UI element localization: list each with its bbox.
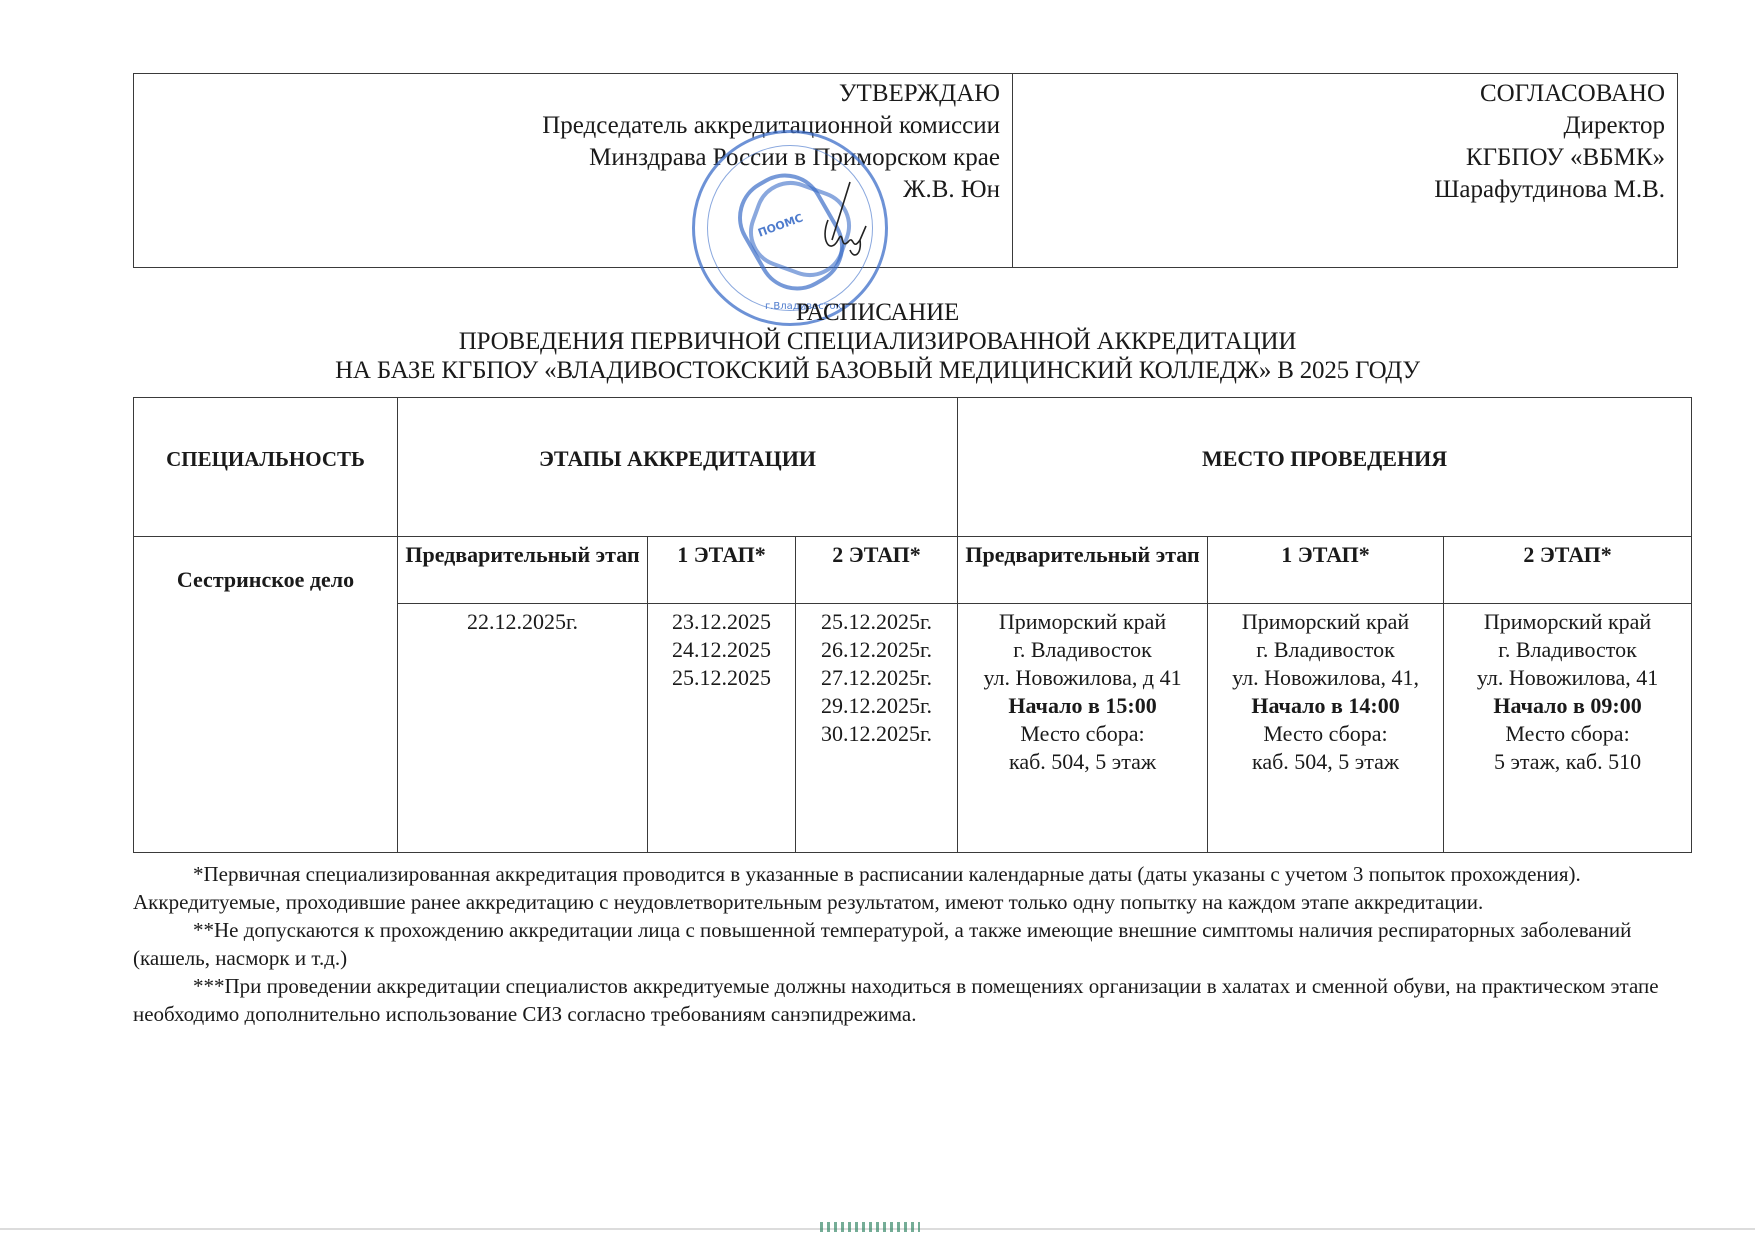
place-meeting-room: каб. 504, 5 этаж (962, 748, 1203, 776)
schedule-table: СПЕЦИАЛЬНОСТЬ ЭТАПЫ АККРЕДИТАЦИИ МЕСТО П… (133, 397, 1692, 853)
place-stage-1: Приморский край г. Владивосток ул. Новож… (1208, 604, 1444, 853)
title-line-3: НА БАЗЕ КГБПОУ «ВЛАДИВОСТОКСКИЙ БАЗОВЫЙ … (0, 356, 1755, 385)
subheader-stage-1: 1 ЭТАП* (648, 537, 796, 604)
place-region: Приморский край (1448, 608, 1687, 636)
place-city: г. Владивосток (962, 636, 1203, 664)
subheader-location-1: 1 ЭТАП* (1208, 537, 1444, 604)
place-city: г. Владивосток (1448, 636, 1687, 664)
footnote-1: *Первичная специализированная аккредитац… (133, 860, 1693, 916)
place-meeting-label: Место сбора: (1448, 720, 1687, 748)
place-region: Приморский край (1212, 608, 1439, 636)
document-title: РАСПИСАНИЕ ПРОВЕДЕНИЯ ПЕРВИЧНОЙ СПЕЦИАЛИ… (0, 298, 1755, 385)
header-location: МЕСТО ПРОВЕДЕНИЯ (958, 398, 1692, 537)
place-street: ул. Новожилова, д 41 (962, 664, 1203, 692)
place-meeting-label: Место сбора: (1212, 720, 1439, 748)
subheader-location-preliminary: Предварительный этап (958, 537, 1208, 604)
scan-artifact (820, 1222, 920, 1232)
place-start-time: Начало в 09:00 (1448, 692, 1687, 720)
approver-name: Ж.В. Юн (146, 174, 1000, 206)
approver-organization: Минздрава России в Приморском крае (146, 142, 1000, 174)
approved-heading: УТВЕРЖДАЮ (146, 78, 1000, 110)
place-stage-2: Приморский край г. Владивосток ул. Новож… (1444, 604, 1692, 853)
agreer-organization: КГБПОУ «ВБМК» (1025, 142, 1665, 174)
place-region: Приморский край (962, 608, 1203, 636)
approved-by-section: УТВЕРЖДАЮ Председатель аккредитационной … (134, 74, 1013, 267)
place-street: ул. Новожилова, 41 (1448, 664, 1687, 692)
place-city: г. Владивосток (1212, 636, 1439, 664)
agreer-name: Шарафутдинова М.В. (1025, 174, 1665, 206)
subheader-stage-preliminary: Предварительный этап (398, 537, 648, 604)
dates-stage-2: 25.12.2025г. 26.12.2025г. 27.12.2025г. 2… (796, 604, 958, 853)
subheader-location-2: 2 ЭТАП* (1444, 537, 1692, 604)
header-specialty: СПЕЦИАЛЬНОСТЬ (134, 398, 398, 537)
date-preliminary: 22.12.2025г. (398, 604, 648, 853)
agreed-heading: СОГЛАСОВАНО (1025, 78, 1665, 110)
agreer-position: Директор (1025, 110, 1665, 142)
place-street: ул. Новожилова, 41, (1212, 664, 1439, 692)
place-preliminary: Приморский край г. Владивосток ул. Новож… (958, 604, 1208, 853)
footnote-2: **Не допускаются к прохождению аккредита… (133, 916, 1693, 972)
specialty-cell: Сестринское дело (134, 537, 398, 853)
place-start-time: Начало в 14:00 (1212, 692, 1439, 720)
dates-stage-1: 23.12.2025 24.12.2025 25.12.2025 (648, 604, 796, 853)
subheader-stage-2: 2 ЭТАП* (796, 537, 958, 604)
place-meeting-label: Место сбора: (962, 720, 1203, 748)
approver-position: Председатель аккредитационной комиссии (146, 110, 1000, 142)
approval-block: УТВЕРЖДАЮ Председатель аккредитационной … (133, 73, 1678, 268)
footnotes: *Первичная специализированная аккредитац… (133, 860, 1693, 1028)
footnote-3: ***При проведении аккредитации специалис… (133, 972, 1693, 1028)
title-line-1: РАСПИСАНИЕ (0, 298, 1755, 327)
place-meeting-room: каб. 504, 5 этаж (1212, 748, 1439, 776)
place-meeting-room: 5 этаж, каб. 510 (1448, 748, 1687, 776)
title-line-2: ПРОВЕДЕНИЯ ПЕРВИЧНОЙ СПЕЦИАЛИЗИРОВАННОЙ … (0, 327, 1755, 356)
header-stages: ЭТАПЫ АККРЕДИТАЦИИ (398, 398, 958, 537)
agreed-by-section: СОГЛАСОВАНО Директор КГБПОУ «ВБМК» Шараф… (1013, 74, 1677, 267)
place-start-time: Начало в 15:00 (962, 692, 1203, 720)
